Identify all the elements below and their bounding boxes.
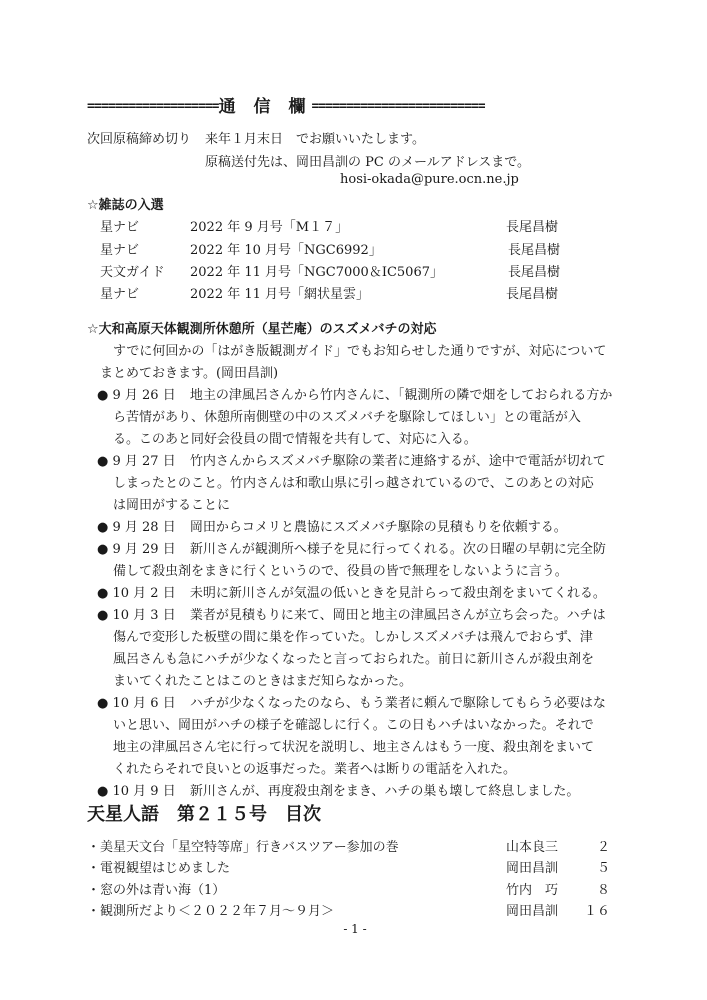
toc-title: 天星人語 第２１５号 目次 xyxy=(87,800,321,826)
magazine-name: 星ナビ xyxy=(100,216,139,235)
entry-text: くれたらそれで良いとの返事だった。業者へは断りの電話を入れた。 xyxy=(113,758,516,777)
magazine-name: 星ナビ xyxy=(100,239,139,258)
magazine-author: 長尾昌樹 xyxy=(508,239,560,258)
entry-text: まいてくれたことはこのときはまだ知らなかった。 xyxy=(113,670,412,689)
toc-item-page: ８ xyxy=(570,879,610,898)
hornet-intro-line: まとめておきます。(岡田昌訓) xyxy=(100,362,278,381)
toc-item-title[interactable]: ・観測所だより＜２０２２年７月～９月＞ xyxy=(87,900,334,919)
entry-date: 9 月 28 日 xyxy=(112,520,175,535)
entry-date: 10 月 6 日 xyxy=(112,696,175,711)
header-rule-left: =================== xyxy=(87,99,219,114)
toc-item-title[interactable]: ・美星天文台「星空特等席」行きバスツアー参加の巻 xyxy=(87,836,399,855)
deadline-text: 来年１月末日 でお願いいたします。 xyxy=(205,128,425,147)
toc-item-title[interactable]: ・窓の外は青い海（1） xyxy=(87,879,225,898)
bullet-icon: ● xyxy=(97,784,108,799)
timeline-entry: ● 9 月 26 日 地主の津風呂さんから竹内さんに、「観測所の隣で畑をしておら… xyxy=(97,384,612,403)
bullet-icon: ● xyxy=(97,696,108,711)
toc-item-author: 岡田昌訓 xyxy=(506,900,558,919)
document-page: ===================通 信 欄================… xyxy=(0,0,707,1000)
entry-date: 9 月 27 日 xyxy=(112,454,175,469)
magazine-issue: 2022 年 9 月号「M１７」 xyxy=(190,216,348,235)
submission-info: 原稿送付先は、岡田昌訓の PC のメールアドレスまで。 xyxy=(205,151,530,170)
deadline-label: 次回原稿締め切り xyxy=(87,128,191,147)
timeline-entry: ● 9 月 29 日 新川さんが観測所へ様子を見に行ってくれる。次の日曜の早朝に… xyxy=(97,538,606,557)
timeline-entry: ● 9 月 27 日 竹内さんからスズメバチ駆除の業者に連絡するが、途中で電話が… xyxy=(97,450,606,469)
hornet-section-heading: ☆大和高原天体観測所休憩所（星芒庵）のスズメバチの対応 xyxy=(87,318,437,337)
timeline-entry: ● 10 月 2 日 未明に新川さんが気温の低いときを見計らって殺虫剤をまいてく… xyxy=(97,582,606,601)
toc-item-page: ５ xyxy=(570,857,610,876)
magazine-section-heading: ☆雑誌の入選 xyxy=(87,194,164,213)
magazine-author: 長尾昌樹 xyxy=(506,283,558,302)
bullet-icon: ● xyxy=(97,454,108,469)
toc-item-author: 竹内 巧 xyxy=(506,879,558,898)
entry-text: ハチが少なくなったのなら、もう業者に頼んで駆除してもらう必要はな xyxy=(190,696,606,711)
toc-item-author: 山本良三 xyxy=(506,836,558,855)
magazine-issue: 2022 年 11 月号「NGC7000＆IC5067」 xyxy=(190,261,443,280)
entry-text: 風呂さんも急にハチが少なくなったと言っておられた。前日に新川さんが殺虫剤を xyxy=(113,648,594,667)
entry-text: しまったとのこと。竹内さんは和歌山県に引っ越されているので、このあとの対応 xyxy=(113,472,594,491)
entry-text: いと思い、岡田がハチの様子を確認しに行く。この日もハチはいなかった。それで xyxy=(113,714,594,733)
entry-text: 竹内さんからスズメバチ駆除の業者に連絡するが、途中で電話が切れて xyxy=(190,454,606,469)
entry-date: 10 月 3 日 xyxy=(112,608,175,623)
header-rule-right: ========================= xyxy=(311,99,484,114)
bullet-icon: ● xyxy=(97,388,108,403)
toc-item-author: 岡田昌訓 xyxy=(506,857,558,876)
entry-text: 新川さんが、再度殺虫剤をまき、ハチの巣も壊して終息しました。 xyxy=(190,784,579,799)
entry-text: 新川さんが観測所へ様子を見に行ってくれる。次の日曜の早朝に完全防 xyxy=(190,542,606,557)
entry-date: 10 月 9 日 xyxy=(112,784,175,799)
entry-date: 9 月 26 日 xyxy=(112,388,175,403)
entry-text: 業者が見積もりに来て、岡田と地主の津風呂さんが立ち会った。ハチは xyxy=(190,608,606,623)
bullet-icon: ● xyxy=(97,542,108,557)
entry-text: 岡田からコメリと農協にスズメバチ駆除の見積もりを依頼する。 xyxy=(190,520,567,535)
entry-text: 備して殺虫剤をまきに行くというので、役員の皆で無理をしないように言う。 xyxy=(113,560,568,579)
entry-text: ら苦情があり、休憩所南側壁の中のスズメバチを駆除してほしい」との電話が入 xyxy=(113,406,581,425)
hornet-intro-line: すでに何回かの「はがき版観測ガイド」でもお知らせした通りですが、対応について xyxy=(113,340,606,359)
page-number: - 1 - xyxy=(330,922,380,936)
entry-date: 10 月 2 日 xyxy=(112,586,175,601)
entry-text: 未明に新川さんが気温の低いときを見計らって殺虫剤をまいてくれる。 xyxy=(190,586,606,601)
timeline-entry: ● 10 月 6 日 ハチが少なくなったのなら、もう業者に頼んで駆除してもらう必… xyxy=(97,692,606,711)
magazine-author: 長尾昌樹 xyxy=(508,261,560,280)
magazine-issue: 2022 年 10 月号「NGC6992」 xyxy=(190,239,382,258)
magazine-name: 天文ガイド xyxy=(100,261,165,280)
toc-item-page: １６ xyxy=(570,900,610,919)
header-title: 通 信 欄 xyxy=(219,97,312,117)
toc-item-title[interactable]: ・電視観望はじめました xyxy=(87,857,230,876)
entry-text: 地主の津風呂さん宅に行って状況を説明し、地主さんはもう一度、殺虫剤をまいて xyxy=(113,736,594,755)
entry-text: る。このあと同好会役員の間で情報を共有して、対応に入る。 xyxy=(113,428,477,447)
magazine-name: 星ナビ xyxy=(100,283,139,302)
timeline-entry: ● 9 月 28 日 岡田からコメリと農協にスズメバチ駆除の見積もりを依頼する。 xyxy=(97,516,567,535)
entry-text: 地主の津風呂さんから竹内さんに、「観測所の隣で畑をしておられる方か xyxy=(190,388,613,403)
bullet-icon: ● xyxy=(97,586,108,601)
toc-item-page: ２ xyxy=(570,836,610,855)
timeline-entry: ● 10 月 3 日 業者が見積もりに来て、岡田と地主の津風呂さんが立ち会った。… xyxy=(97,604,606,623)
magazine-author: 長尾昌樹 xyxy=(506,216,558,235)
bullet-icon: ● xyxy=(97,608,108,623)
magazine-issue: 2022 年 11 月号「網状星雲」 xyxy=(190,283,369,302)
contact-email[interactable]: hosi-okada@pure.ocn.ne.jp xyxy=(340,172,519,187)
timeline-entry: ● 10 月 9 日 新川さんが、再度殺虫剤をまき、ハチの巣も壊して終息しました… xyxy=(97,780,579,799)
entry-text: 傷んで変形した板壁の間に巣を作っていた。しかしスズメバチは飛んでおらず、津 xyxy=(113,626,593,645)
entry-text: は岡田がすることに xyxy=(113,494,230,513)
bullet-icon: ● xyxy=(97,520,108,535)
section-header: ===================通 信 欄================… xyxy=(87,92,485,117)
entry-date: 9 月 29 日 xyxy=(112,542,175,557)
